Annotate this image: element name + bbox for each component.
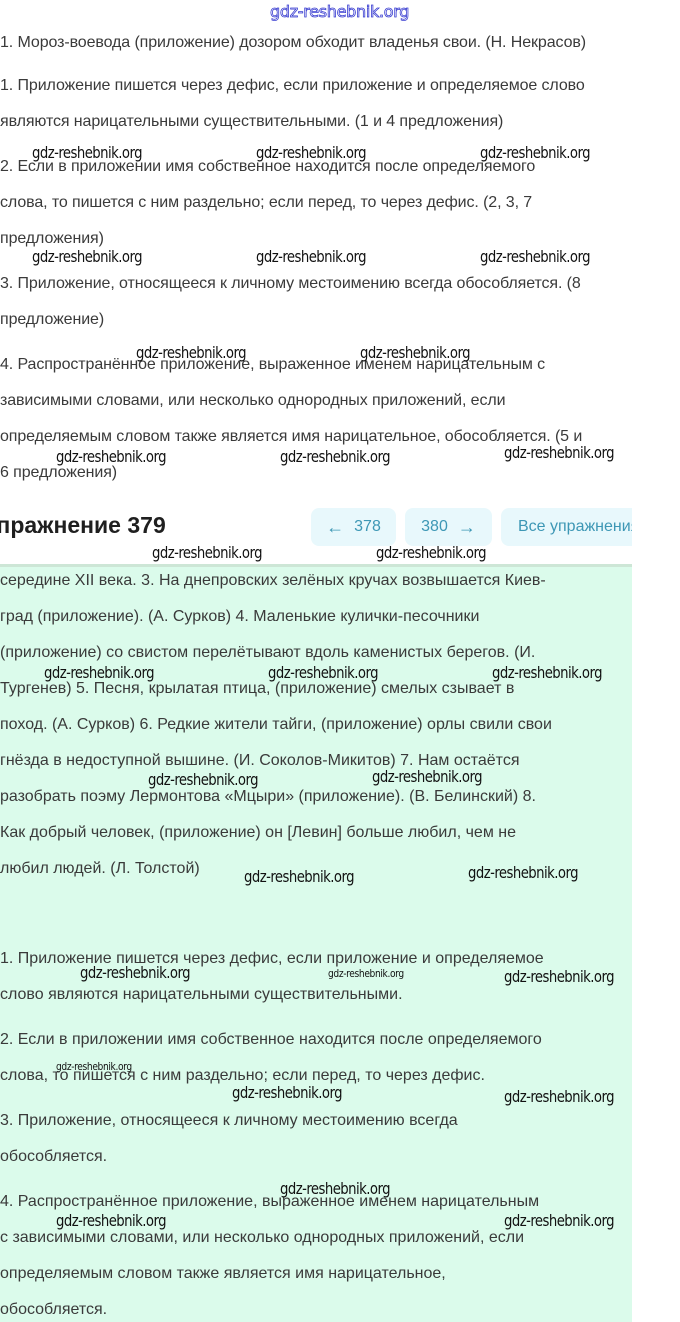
text-line: град (приложение). (А. Сурков) 4. Малень…: [0, 608, 479, 626]
watermark-text: gdz-reshebnik.org: [492, 663, 602, 682]
watermark-text: gdz-reshebnik.org: [480, 143, 590, 162]
all-exercises-button[interactable]: Все упражнения: [501, 508, 632, 546]
watermark-text: gdz-reshebnik.org: [56, 1060, 132, 1073]
next-exercise-label: 380: [421, 518, 448, 536]
watermark-text: gdz-reshebnik.org: [504, 1087, 614, 1106]
rule-line: 3. Приложение, относящееся к личному мес…: [0, 1112, 458, 1130]
watermark-text: gdz-reshebnik.org: [504, 443, 614, 462]
rule-line: определяемым словом также является имя н…: [0, 1265, 446, 1283]
text-line: любил людей. (Л. Толстой): [0, 860, 200, 878]
watermark-text: gdz-reshebnik.org: [468, 863, 578, 882]
next-exercise-button[interactable]: 380 →: [405, 508, 492, 546]
watermark-text: gdz-reshebnik.org: [256, 143, 366, 162]
rule-line: обособляется.: [0, 1301, 107, 1319]
prev-exercise-button[interactable]: ← 378: [311, 508, 396, 546]
text-line: предложение): [0, 311, 104, 329]
site-watermark-top: gdz-reshebnik.org: [270, 2, 409, 21]
text-line: середине XII века. 3. На днепровских зел…: [0, 572, 546, 590]
watermark-text: gdz-reshebnik.org: [56, 1211, 166, 1230]
prev-exercise-label: 378: [354, 518, 381, 536]
text-line: определяемым словом также является имя н…: [0, 428, 582, 446]
text-line: являются нарицательными существительными…: [0, 113, 503, 131]
rule-line: обособляется.: [0, 1148, 107, 1166]
watermark-text: gdz-reshebnik.org: [32, 143, 142, 162]
text-line: 1. Приложение пишется через дефис, если …: [0, 77, 585, 95]
watermark-text: gdz-reshebnik.org: [504, 967, 614, 986]
watermark-text: gdz-reshebnik.org: [152, 543, 262, 562]
rule-line: с зависимыми словами, или несколько одно…: [0, 1229, 524, 1247]
watermark-text: gdz-reshebnik.org: [376, 543, 486, 562]
watermark-text: gdz-reshebnik.org: [136, 343, 246, 362]
text-line: разобрать поэму Лермонтова «Мцыри» (прил…: [0, 788, 536, 806]
watermark-text: gdz-reshebnik.org: [32, 247, 142, 266]
watermark-text: gdz-reshebnik.org: [56, 447, 166, 466]
watermark-text: gdz-reshebnik.org: [372, 767, 482, 786]
text-line: 6 предложения): [0, 464, 117, 482]
watermark-text: gdz-reshebnik.org: [256, 247, 366, 266]
watermark-text: gdz-reshebnik.org: [360, 343, 470, 362]
text-line: (приложение) со свистом перелётывают вдо…: [0, 644, 535, 662]
text-line: 3. Приложение, относящееся к личному мес…: [0, 275, 581, 293]
watermark-text: gdz-reshebnik.org: [280, 1179, 390, 1198]
text-line: предложения): [0, 230, 104, 248]
watermark-text: gdz-reshebnik.org: [480, 247, 590, 266]
watermark-text: gdz-reshebnik.org: [80, 963, 190, 982]
arrow-right-icon: →: [458, 517, 476, 538]
exercise-title: Упражнение 379: [0, 512, 166, 539]
watermark-text: gdz-reshebnik.org: [244, 867, 354, 886]
all-exercises-label: Все упражнения: [518, 518, 632, 536]
watermark-text: gdz-reshebnik.org: [328, 967, 404, 980]
text-line: поход. (А. Сурков) 6. Редкие жители тайг…: [0, 716, 552, 734]
rule-line: 2. Если в приложении имя собственное нах…: [0, 1031, 542, 1049]
watermark-text: gdz-reshebnik.org: [232, 1083, 342, 1102]
text-line: слова, то пишется с ним раздельно; если …: [0, 194, 532, 212]
watermark-text: gdz-reshebnik.org: [504, 1211, 614, 1230]
rule-line: 4. Распространённое приложение, выраженн…: [0, 1193, 539, 1211]
watermark-text: gdz-reshebnik.org: [280, 447, 390, 466]
watermark-text: gdz-reshebnik.org: [268, 663, 378, 682]
watermark-text: gdz-reshebnik.org: [44, 663, 154, 682]
text-line: зависимыми словами, или несколько одноро…: [0, 392, 505, 410]
rule-line: слово являются нарицательными существите…: [0, 986, 403, 1004]
text-line: 1. Мороз-воевода (приложение) дозором об…: [0, 34, 586, 52]
text-line: Тургенев) 5. Песня, крылатая птица, (при…: [0, 680, 514, 698]
arrow-left-icon: ←: [326, 517, 344, 538]
text-line: Как добрый человек, (приложение) он [Лев…: [0, 824, 516, 842]
watermark-text: gdz-reshebnik.org: [148, 770, 258, 789]
